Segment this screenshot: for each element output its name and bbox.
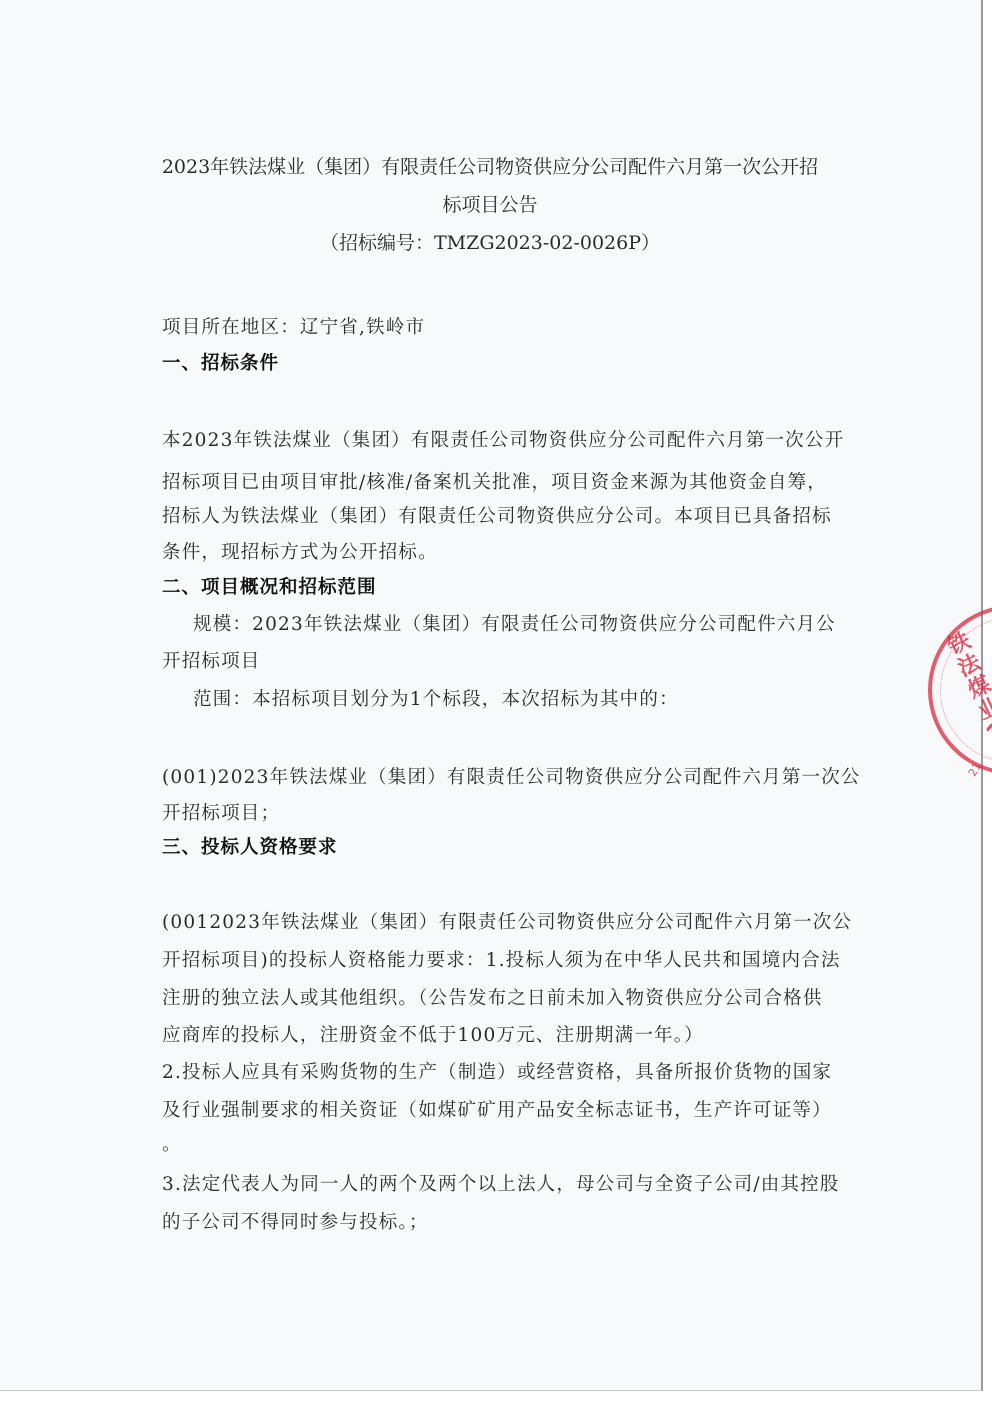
section-3-line: 3.法定代表人为同一人的两个及两个以上法人，母公司与全资子公司/由其控股 xyxy=(162,1170,840,1196)
section-1-line: 条件，现招标方式为公开招标。 xyxy=(162,538,438,564)
section-1-line: 本2023年铁法煤业（集团）有限责任公司物资供应分公司配件六月第一次公开 xyxy=(162,426,844,452)
section-3-line: (0012023年铁法煤业（集团）有限责任公司物资供应分公司配件六月第一次公 xyxy=(162,908,852,934)
scale-line: 规模：2023年铁法煤业（集团）有限责任公司物资供应分公司配件六月公 xyxy=(193,610,836,636)
section-3-line: 注册的独立法人或其他组织。（公告发布之日前未加入物资供应分公司合格供 xyxy=(162,984,823,1010)
section-3-line: 应商库的投标人，注册资金不低于100万元、注册期满一年。） xyxy=(162,1021,704,1047)
section-1-heading: 一、招标条件 xyxy=(162,349,279,375)
document-title-line-2: 标项目公告 xyxy=(150,190,830,217)
scope-line: 范围：本招标项目划分为1个标段，本次招标为其中的： xyxy=(193,685,679,711)
section-3-line: 的子公司不得同时参与投标。； xyxy=(162,1208,429,1234)
section-3-line: 开招标项目)的投标人资格能力要求：1.投标人须为在中华人民共和国境内合法 xyxy=(162,946,841,972)
document-page: 2023年铁法煤业（集团）有限责任公司物资供应分公司配件六月第一次公开招 标项目… xyxy=(0,0,983,1391)
section-1-line: 招标项目已由项目审批/核准/备案机关批准，项目资金来源为其他资金自筹， xyxy=(162,468,827,494)
section-3-heading: 三、投标人资格要求 xyxy=(162,833,338,859)
section-3-line: 。 xyxy=(162,1130,182,1156)
section-3-line: 2.投标人应具有采购货物的生产（制造）或经营资格，具备所报价货物的国家 xyxy=(162,1058,832,1084)
document-title-line-1: 2023年铁法煤业（集团）有限责任公司物资供应分公司配件六月第一次公开招 xyxy=(150,152,830,179)
section-2-heading: 二、项目概况和招标范围 xyxy=(162,573,377,599)
tender-number: （招标编号：TMZG2023-02-0026P） xyxy=(150,228,830,255)
project-region: 项目所在地区：辽宁省,铁岭市 xyxy=(162,313,425,339)
lot-line: 开招标项目； xyxy=(162,799,280,825)
scale-line: 开招标项目 xyxy=(162,647,261,673)
section-1-line: 招标人为铁法煤业（集团）有限责任公司物资供应分公司。本项目已具备招标 xyxy=(162,502,832,528)
lot-line: (001)2023年铁法煤业（集团）有限责任公司物资供应分公司配件六月第一次公 xyxy=(162,763,861,789)
section-3-line: 及行业强制要求的相关资证（如煤矿矿用产品安全标志证书，生产许可证等） xyxy=(162,1096,832,1122)
